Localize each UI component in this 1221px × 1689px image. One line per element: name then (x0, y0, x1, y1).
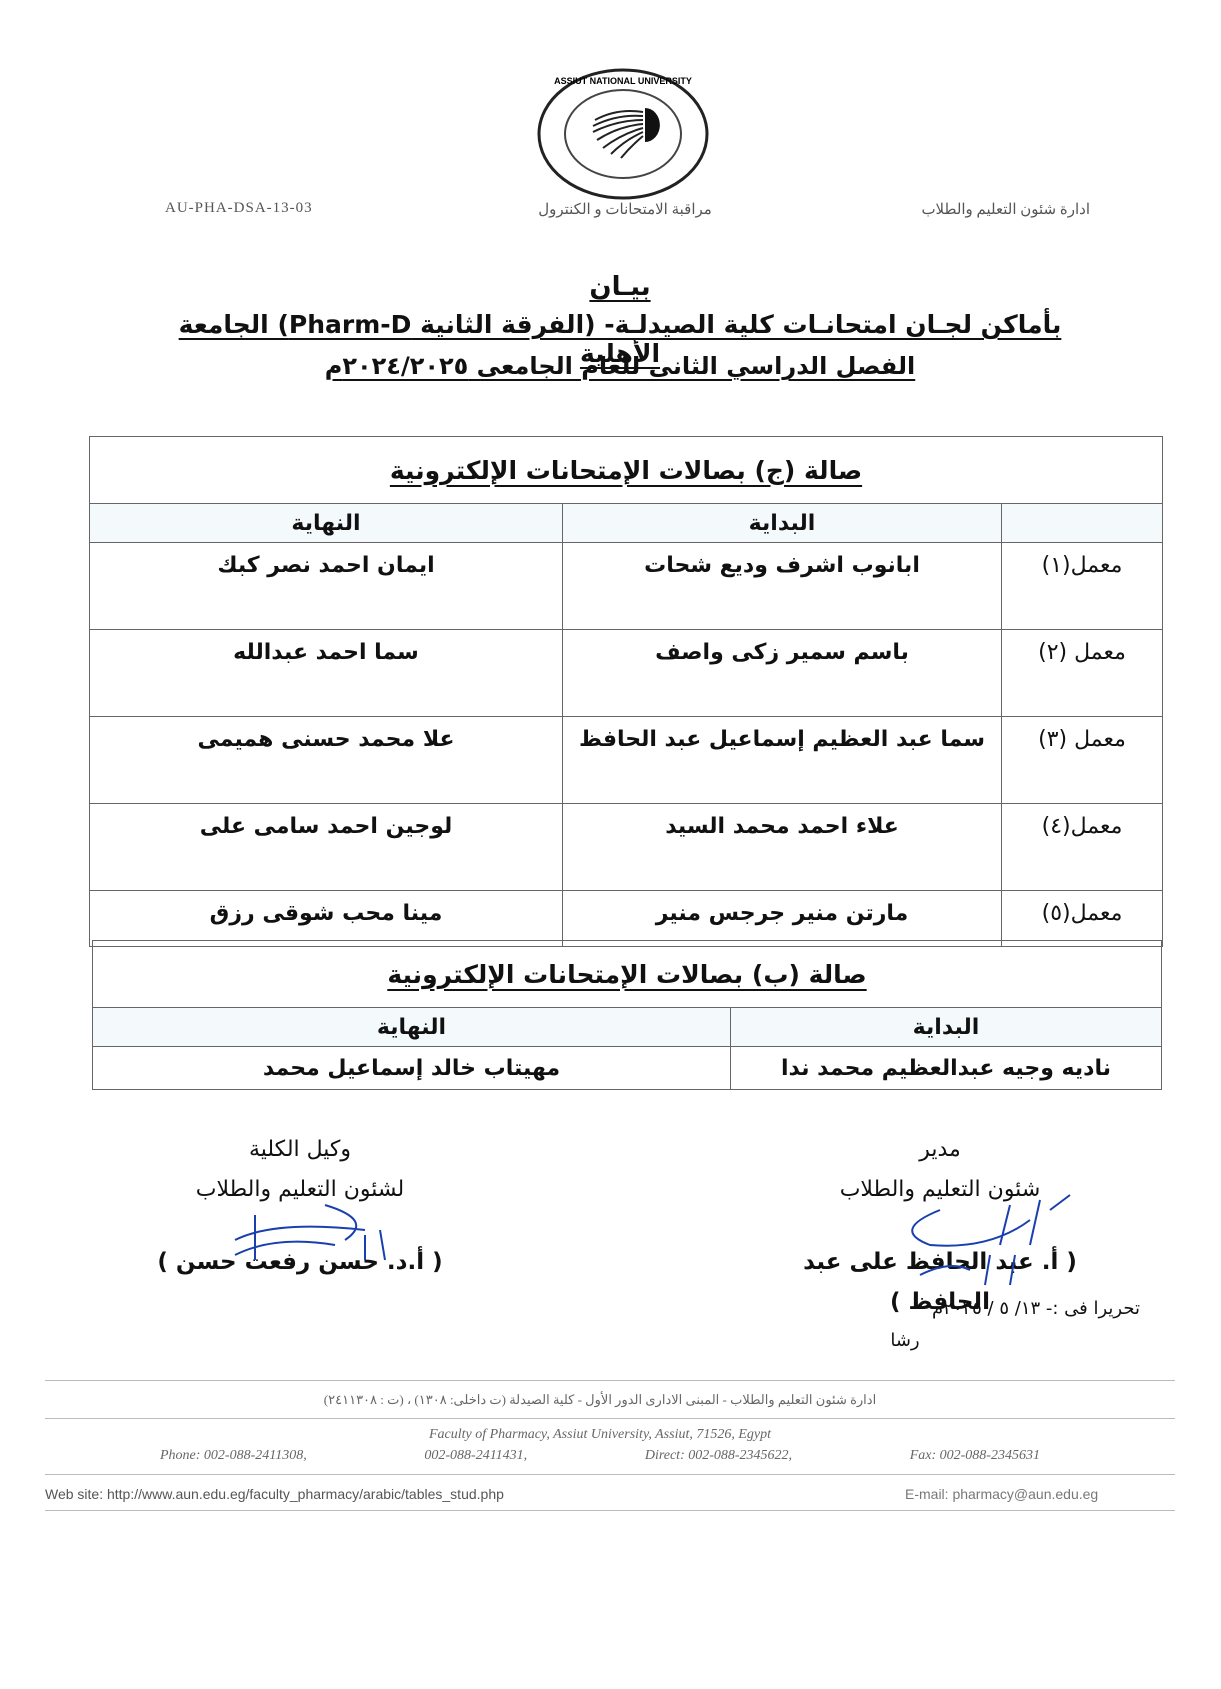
phone-number: Phone: 002-088-2411308, (160, 1448, 307, 1464)
table-row: معمل(٥) مارتن منير جرجس منير مينا محب شو… (90, 891, 1163, 947)
handwritten-signature-icon (215, 1200, 415, 1270)
signer-title: مدير (760, 1130, 1120, 1170)
lab-cell: معمل (٢) (1002, 630, 1163, 717)
table-row: معمل (٢) باسم سمير زكى واصف سما احمد عبد… (90, 630, 1163, 717)
start-cell: ناديه وجيه عبدالعظيم محمد ندا (731, 1047, 1162, 1090)
svg-text:ASSIUT NATIONAL UNIVERSITY: ASSIUT NATIONAL UNIVERSITY (554, 76, 692, 86)
direct-number: Direct: 002-088-2345622, (645, 1448, 792, 1464)
footer-divider (45, 1380, 1175, 1381)
column-header-end: النهاية (93, 1008, 731, 1047)
email-link[interactable]: E-mail: pharmacy@aun.edu.eg (905, 1486, 1098, 1502)
start-cell: سما عبد العظيم إسماعيل عبد الحافظ (563, 717, 1002, 804)
department-label: ادارة شئون التعليم والطلاب (870, 200, 1090, 219)
lab-cell: معمل(٤) (1002, 804, 1163, 891)
start-cell: مارتن منير جرجس منير (563, 891, 1002, 947)
clerk-name: رشا (880, 1330, 930, 1351)
table-row: معمل (٣) سما عبد العظيم إسماعيل عبد الحا… (90, 717, 1163, 804)
table-row: ناديه وجيه عبدالعظيم محمد ندا مهيتاب خال… (93, 1047, 1162, 1090)
document-code: AU-PHA-DSA-13-03 (165, 200, 313, 217)
footer-contacts: Phone: 002-088-2411308, 002-088-2411431,… (160, 1448, 1040, 1464)
hall-b-table: صالة (ب) بصالات الإمتحانات الإلكترونية ا… (92, 940, 1162, 1090)
column-header-start: البداية (731, 1008, 1162, 1047)
table-row: معمل(١) ابانوب اشرف وديع شحات ايمان احمد… (90, 543, 1163, 630)
phone-number-2: 002-088-2411431, (424, 1448, 527, 1464)
semester-line: الفصل الدراسي الثانى للعام الجامعى ٢٠٢٤/… (150, 352, 1090, 380)
date-written: تحريرا فى :- ١٣/ ٥ / ٢٠٢٥م (880, 1298, 1140, 1319)
start-cell: علاء احمد محمد السيد (563, 804, 1002, 891)
end-cell: مينا محب شوقى رزق (90, 891, 563, 947)
exam-control-label: مراقبة الامتحانات و الكنترول (525, 200, 725, 219)
hall-c-table: صالة (ج) بصالات الإمتحانات الإلكترونية ا… (89, 436, 1163, 947)
lab-cell: معمل (٣) (1002, 717, 1163, 804)
lab-cell: معمل(٥) (1002, 891, 1163, 947)
end-cell: سما احمد عبدالله (90, 630, 563, 717)
column-header-start: البداية (563, 504, 1002, 543)
end-cell: ايمان احمد نصر كبك (90, 543, 563, 630)
hall-c-caption: صالة (ج) بصالات الإمتحانات الإلكترونية (90, 437, 1163, 504)
hall-b-caption: صالة (ب) بصالات الإمتحانات الإلكترونية (93, 941, 1162, 1008)
footer-divider (45, 1510, 1175, 1511)
footer-divider (45, 1474, 1175, 1475)
start-cell: باسم سمير زكى واصف (563, 630, 1002, 717)
document-title: بيـان (150, 272, 1090, 302)
website-link[interactable]: Web site: http://www.aun.edu.eg/faculty_… (45, 1486, 504, 1502)
end-cell: لوجين احمد سامى على (90, 804, 563, 891)
footer-divider (45, 1418, 1175, 1419)
fax-number: Fax: 002-088-2345631 (910, 1448, 1040, 1464)
footer-address-english: Faculty of Pharmacy, Assiut University, … (160, 1427, 1040, 1443)
start-cell: ابانوب اشرف وديع شحات (563, 543, 1002, 630)
lab-cell: معمل(١) (1002, 543, 1163, 630)
column-header-end: النهاية (90, 504, 563, 543)
university-logo: ASSIUT NATIONAL UNIVERSITY (537, 68, 709, 200)
table-row: معمل(٤) علاء احمد محمد السيد لوجين احمد … (90, 804, 1163, 891)
column-header-lab (1002, 504, 1163, 543)
end-cell: علا محمد حسنى هميمى (90, 717, 563, 804)
handwritten-signature-icon (880, 1190, 1090, 1290)
signer-title: وكيل الكلية (150, 1130, 450, 1170)
footer-address-arabic: ادارة شئون التعليم والطلاب - المبنى الاد… (160, 1392, 1040, 1408)
end-cell: مهيتاب خالد إسماعيل محمد (93, 1047, 731, 1090)
